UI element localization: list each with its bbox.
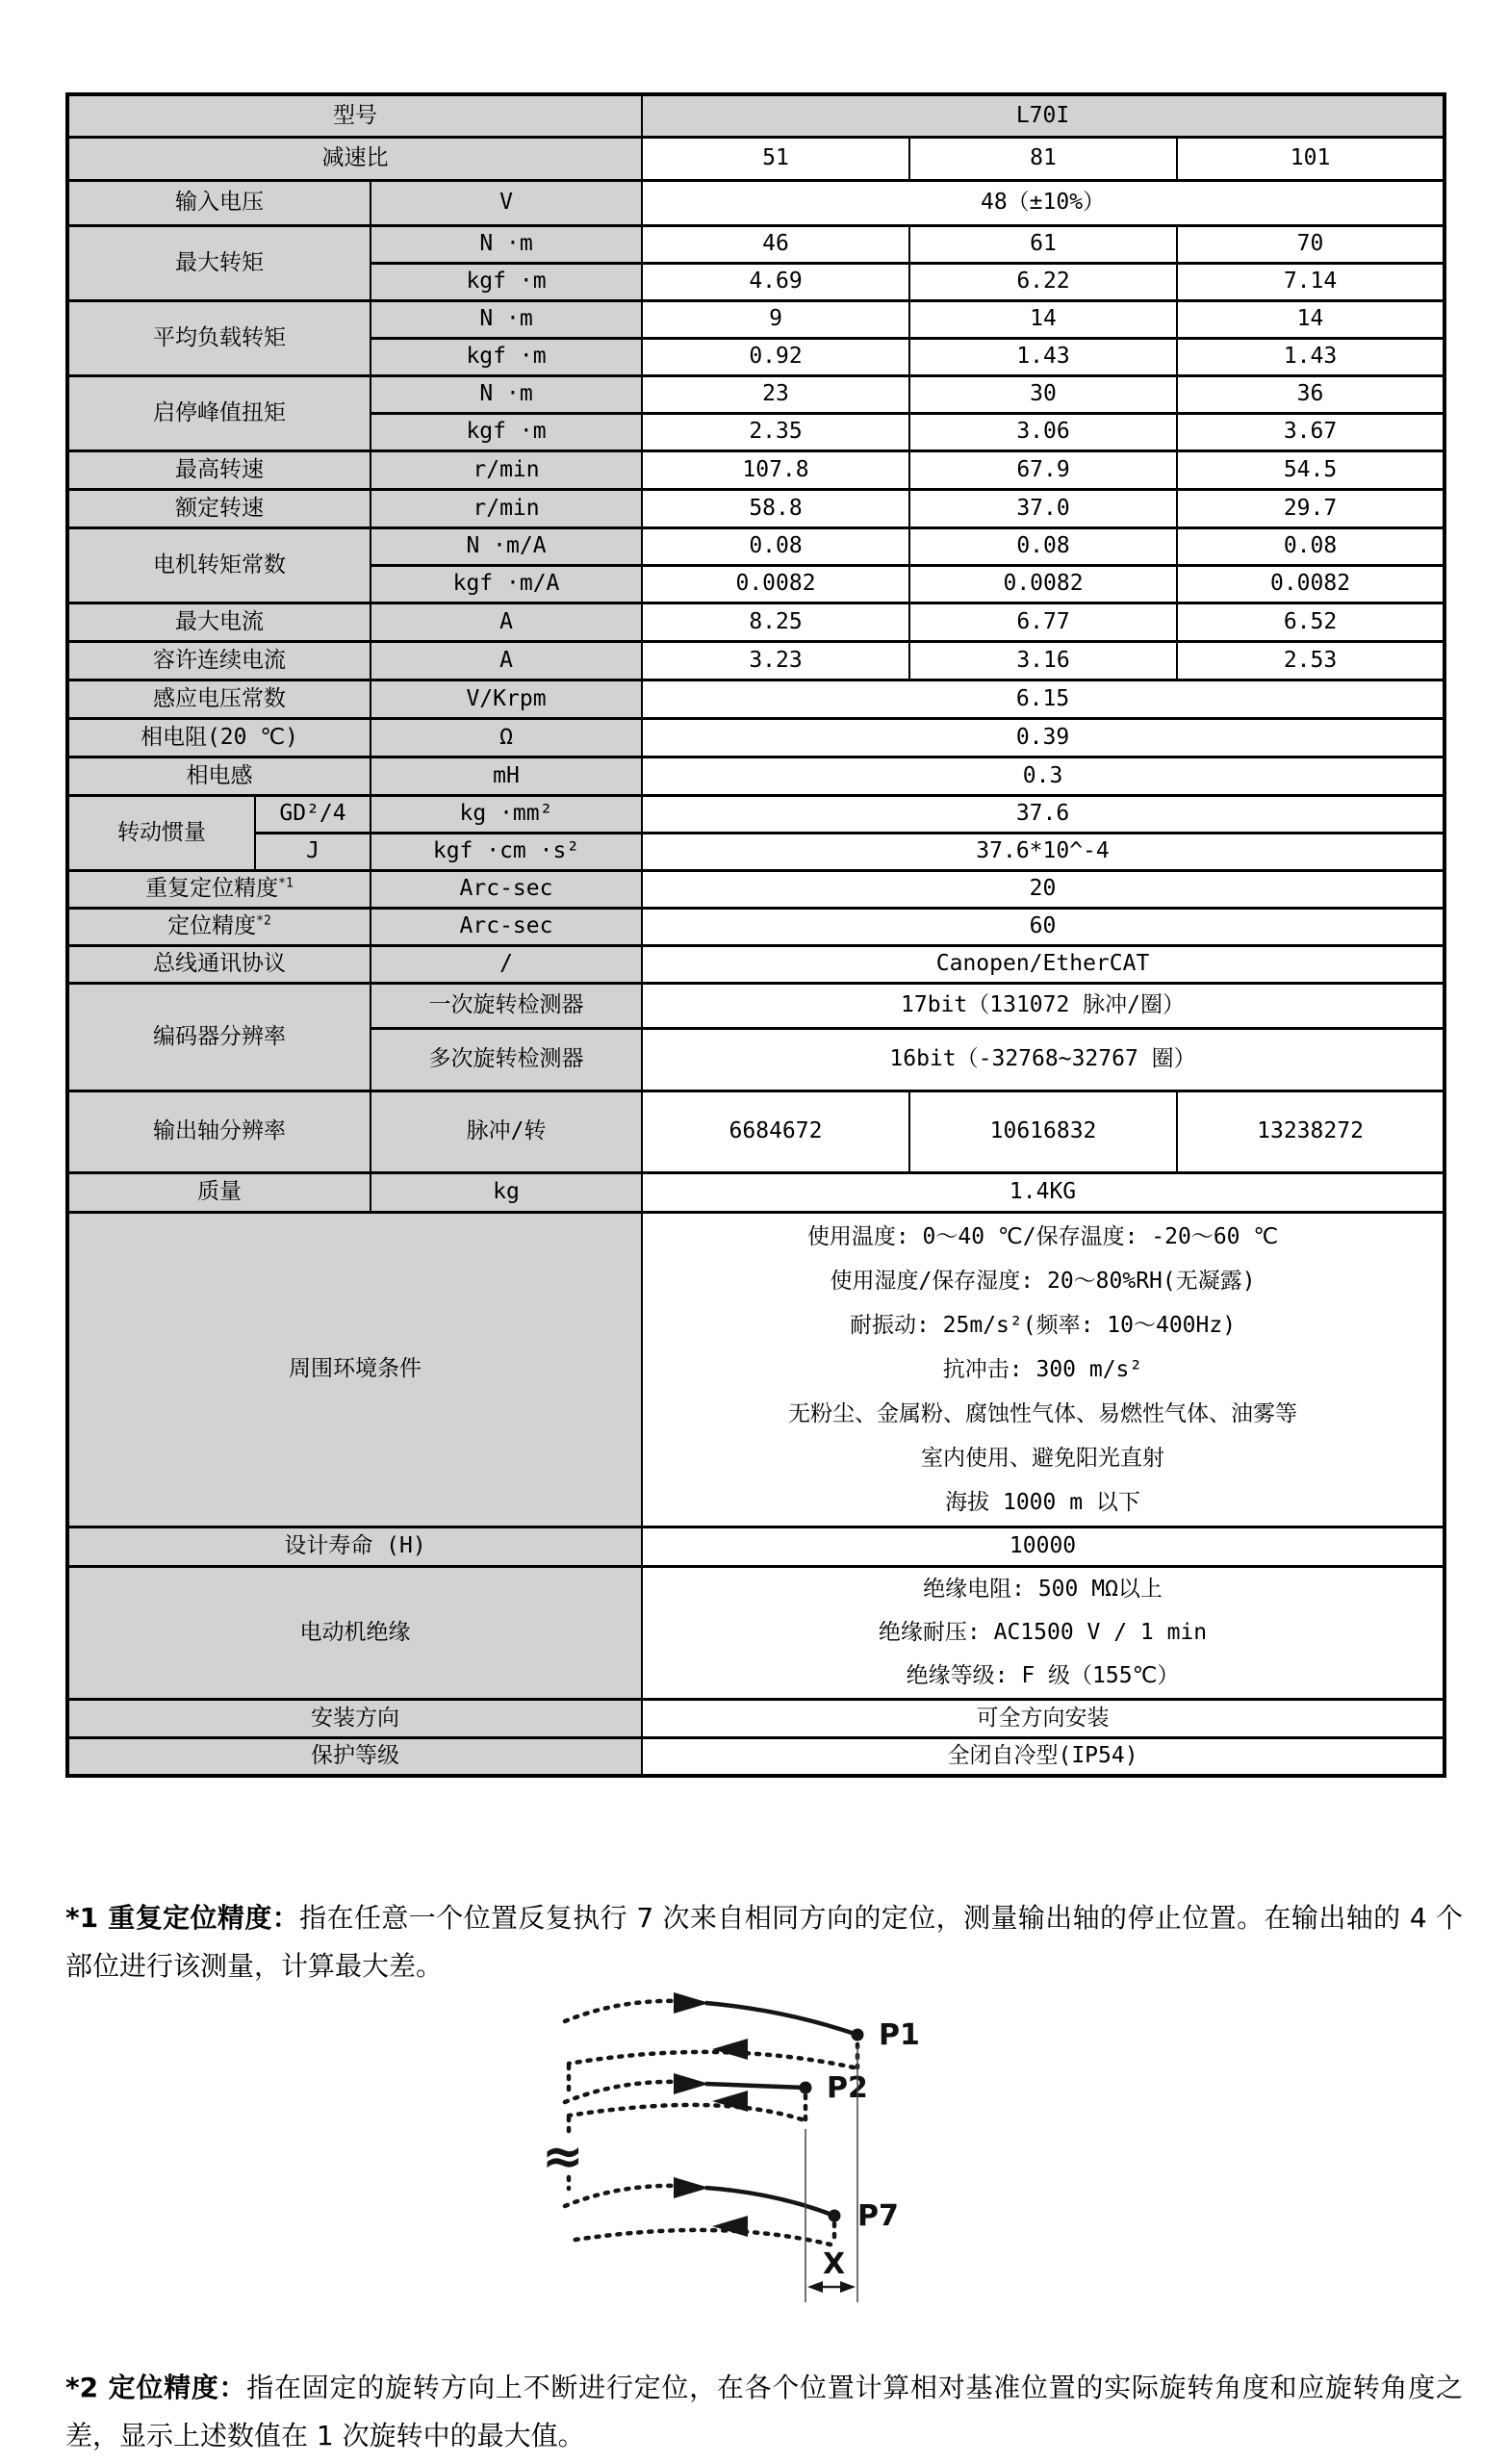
value-cell: 70 — [1177, 225, 1444, 263]
row-voltage-constant: 感应电压常数 V/Krpm 6.15 — [67, 680, 1444, 718]
value-cell: 17bit（131072 脉冲/圈） — [642, 983, 1444, 1028]
value-cell: 107.8 — [642, 450, 909, 489]
unit-cell: 一次旋转检测器 — [371, 983, 642, 1028]
value-cell: 0.08 — [1177, 527, 1444, 565]
row-bus-protocol: 总线通讯协议 / Canopen/EtherCAT — [67, 945, 1444, 983]
value-cell: 10616832 — [909, 1091, 1177, 1172]
footnote-marker: *1 — [278, 876, 294, 890]
row-label-cell: 平均负载转矩 — [67, 300, 371, 375]
return-arc — [569, 2230, 831, 2245]
value-cell: 6.52 — [1177, 603, 1444, 641]
row-continuous-current: 容许连续电流 A 3.23 3.16 2.53 — [67, 641, 1444, 680]
row-environment: 周围环境条件 使用温度: 0～40 ℃/保存温度: -20～60 ℃ 使用湿度/… — [67, 1212, 1444, 1527]
value-cell: 51 — [642, 137, 909, 180]
value-cell: 16bit（-32768~32767 圈） — [642, 1028, 1444, 1091]
row-design-life: 设计寿命 (H) 10000 — [67, 1527, 1444, 1566]
value-cell: 4.69 — [642, 263, 909, 300]
row-max-torque-nm: 最大转矩 N ·m 46 61 70 — [67, 225, 1444, 263]
environment-line: 使用温度: 0～40 ℃/保存温度: -20～60 ℃ — [643, 1215, 1443, 1259]
value-cell: 2.53 — [1177, 641, 1444, 680]
insulation-line: 绝缘耐压: AC1500 V / 1 min — [643, 1611, 1443, 1655]
row-label-cell: 总线通讯协议 — [67, 945, 371, 983]
unit-cell: r/min — [371, 450, 642, 489]
environment-line: 使用湿度/保存湿度: 20～80%RH(无凝露) — [643, 1259, 1443, 1303]
footnote-2: *2 定位精度：指在固定的旋转方向上不断进行定位，在各个位置计算相对基准位置的实… — [65, 2364, 1463, 2460]
row-label-cell: 容许连续电流 — [67, 641, 371, 680]
environment-line: 海拔 1000 m 以下 — [643, 1480, 1443, 1525]
row-label-cell: 转动惯量 — [67, 795, 255, 870]
row-repeat-accuracy: 重复定位精度*1 Arc-sec 20 — [67, 870, 1444, 908]
row-label-cell: 编码器分辨率 — [67, 983, 371, 1091]
spec-table: 型号 L70I 减速比 51 81 101 输入电压 V 48（±10%） 最大… — [65, 92, 1446, 1778]
value-cell: 60 — [642, 908, 1444, 945]
value-cell: 10000 — [642, 1527, 1444, 1566]
footnote-1-label: *1 重复定位精度： — [65, 1902, 299, 1934]
row-torque-constant-nm: 电机转矩常数 N ·m/A 0.08 0.08 0.08 — [67, 527, 1444, 565]
row-label-cell: 输入电压 — [67, 180, 371, 225]
value-cell: 14 — [909, 300, 1177, 338]
value-cell: 13238272 — [1177, 1091, 1444, 1172]
unit-cell: Arc-sec — [371, 870, 642, 908]
value-cell: 48（±10%） — [642, 180, 1444, 225]
value-cell: 0.08 — [642, 527, 909, 565]
row-label-cell: 质量 — [67, 1172, 371, 1212]
point-p2-label: P2 — [827, 2071, 868, 2105]
dim-arrow-right — [840, 2281, 856, 2293]
value-cell: 3.16 — [909, 641, 1177, 680]
unit-cell: kgf ·m — [371, 413, 642, 450]
value-cell: 0.0082 — [909, 565, 1177, 603]
value-cell: 6.77 — [909, 603, 1177, 641]
row-label-cell: 重复定位精度*1 — [67, 870, 371, 908]
value-cell: 1.4KG — [642, 1172, 1444, 1212]
unit-cell: / — [371, 945, 642, 983]
point-p1-dot — [852, 2029, 864, 2041]
row-label-cell: 最大电流 — [67, 603, 371, 641]
left-arrowhead — [712, 2039, 748, 2060]
value-cell: 14 — [1177, 300, 1444, 338]
return-arc — [569, 2052, 854, 2067]
row-motor-insulation: 电动机绝缘 绝缘电阻: 500 MΩ以上 绝缘耐压: AC1500 V / 1 … — [67, 1566, 1444, 1699]
value-cell: 36 — [1177, 375, 1444, 413]
row-max-speed: 最高转速 r/min 107.8 67.9 54.5 — [67, 450, 1444, 489]
row-label-cell: 感应电压常数 — [67, 680, 371, 718]
row-rated-speed: 额定转速 r/min 58.8 37.0 29.7 — [67, 489, 1444, 527]
value-cell: 37.6*10^-4 — [642, 833, 1444, 870]
repeatability-diagram: P1 P2 ≈ P7 X — [524, 1985, 967, 2355]
environment-conditions-cell: 使用温度: 0～40 ℃/保存温度: -20～60 ℃ 使用湿度/保存湿度: 2… — [642, 1212, 1444, 1527]
footnote-2-label: *2 定位精度： — [65, 2372, 246, 2403]
row-label-cell: 周围环境条件 — [67, 1212, 642, 1527]
environment-line: 耐振动: 25m/s²(频率: 10～400Hz) — [643, 1303, 1443, 1347]
row-label-cell: 相电感 — [67, 757, 371, 795]
row-input-voltage: 输入电压 V 48（±10%） — [67, 180, 1444, 225]
value-cell: 7.14 — [1177, 263, 1444, 300]
value-cell: 29.7 — [1177, 489, 1444, 527]
value-cell: 37.6 — [642, 795, 1444, 833]
unit-cell: N ·m — [371, 300, 642, 338]
row-label-cell: 型号 — [67, 94, 642, 137]
value-cell: 0.0082 — [642, 565, 909, 603]
right-arrowhead — [674, 2177, 709, 2198]
value-cell: 1.43 — [1177, 338, 1444, 375]
row-inertia-j: J kgf ·cm ·s² 37.6*10^-4 — [67, 833, 1444, 870]
unit-cell: V — [371, 180, 642, 225]
value-cell: 30 — [909, 375, 1177, 413]
row-label-cell: 相电阻(20 ℃) — [67, 718, 371, 757]
right-arrowhead — [674, 2073, 709, 2094]
insulation-line: 绝缘电阻: 500 MΩ以上 — [643, 1568, 1443, 1611]
row-ratio: 减速比 51 81 101 — [67, 137, 1444, 180]
unit-cell: V/Krpm — [371, 680, 642, 718]
value-cell: 0.92 — [642, 338, 909, 375]
value-cell: 0.08 — [909, 527, 1177, 565]
row-label-cell: 启停峰值扭矩 — [67, 375, 371, 450]
unit-cell: N ·m — [371, 225, 642, 263]
forward-arc-solid — [705, 2003, 857, 2035]
unit-cell: 脉冲/转 — [371, 1091, 642, 1172]
value-cell: 0.39 — [642, 718, 1444, 757]
value-cell: 23 — [642, 375, 909, 413]
unit-cell: kg ·mm² — [371, 795, 642, 833]
dim-arrow-left — [807, 2281, 823, 2293]
point-p7-label: P7 — [857, 2199, 899, 2233]
row-label-cell: 设计寿命 (H) — [67, 1527, 642, 1566]
row-encoder-single-turn: 编码器分辨率 一次旋转检测器 17bit（131072 脉冲/圈） — [67, 983, 1444, 1028]
environment-line: 抗冲击: 300 m/s² — [643, 1347, 1443, 1392]
footnote-2-text: 指在固定的旋转方向上不断进行定位，在各个位置计算相对基准位置的实际旋转角度和应旋… — [65, 2372, 1463, 2451]
value-cell: 0.3 — [642, 757, 1444, 795]
unit-cell: A — [371, 603, 642, 641]
insulation-cell: 绝缘电阻: 500 MΩ以上 绝缘耐压: AC1500 V / 1 min 绝缘… — [642, 1566, 1444, 1699]
right-arrowhead — [674, 1992, 709, 2014]
value-cell: 8.25 — [642, 603, 909, 641]
value-cell: Canopen/EtherCAT — [642, 945, 1444, 983]
row-label-cell: 最高转速 — [67, 450, 371, 489]
value-cell: 58.8 — [642, 489, 909, 527]
value-cell: 6684672 — [642, 1091, 909, 1172]
value-cell: 全闭自冷型(IP54) — [642, 1737, 1444, 1776]
row-label-cell: 电机转矩常数 — [67, 527, 371, 603]
row-inertia-gd: 转动惯量 GD²/4 kg ·mm² 37.6 — [67, 795, 1444, 833]
sub-label-cell: GD²/4 — [255, 795, 371, 833]
value-cell: 20 — [642, 870, 1444, 908]
row-max-current: 最大电流 A 8.25 6.77 6.52 — [67, 603, 1444, 641]
value-cell: 6.22 — [909, 263, 1177, 300]
unit-cell: N ·m/A — [371, 527, 642, 565]
row-label-cell: 输出轴分辨率 — [67, 1091, 371, 1172]
break-symbol: ≈ — [542, 2128, 584, 2186]
unit-cell: 多次旋转检测器 — [371, 1028, 642, 1091]
row-label-cell: 保护等级 — [67, 1737, 642, 1776]
value-cell: 54.5 — [1177, 450, 1444, 489]
value-cell: 67.9 — [909, 450, 1177, 489]
sub-label-cell: J — [255, 833, 371, 870]
left-arrowhead — [712, 2091, 748, 2112]
forward-arc-solid — [705, 2084, 805, 2088]
row-mass: 质量 kg 1.4KG — [67, 1172, 1444, 1212]
unit-cell: A — [371, 641, 642, 680]
value-cell: 81 — [909, 137, 1177, 180]
return-arc — [569, 2105, 802, 2119]
left-arrowhead — [712, 2216, 748, 2237]
unit-cell: Ω — [371, 718, 642, 757]
model-value-cell: L70I — [642, 94, 1444, 137]
point-p2-dot — [800, 2082, 812, 2094]
unit-cell: Arc-sec — [371, 908, 642, 945]
value-cell: 可全方向安装 — [642, 1699, 1444, 1737]
row-output-resolution: 输出轴分辨率 脉冲/转 6684672 10616832 13238272 — [67, 1091, 1444, 1172]
value-cell: 9 — [642, 300, 909, 338]
unit-cell: kgf ·m — [371, 338, 642, 375]
point-p7-dot — [829, 2210, 841, 2222]
row-label-cell: 电动机绝缘 — [67, 1566, 642, 1699]
footnote-1: *1 重复定位精度：指在任意一个位置反复执行 7 次来自相同方向的定位，测量输出… — [65, 1894, 1463, 1990]
point-p1-label: P1 — [879, 2018, 920, 2052]
insulation-line: 绝缘等级: F 级（155℃） — [643, 1655, 1443, 1698]
row-mounting: 安装方向 可全方向安装 — [67, 1699, 1444, 1737]
value-cell: 3.06 — [909, 413, 1177, 450]
footnote-marker: *2 — [256, 913, 271, 928]
value-cell: 6.15 — [642, 680, 1444, 718]
unit-cell: kg — [371, 1172, 642, 1212]
value-cell: 46 — [642, 225, 909, 263]
unit-cell: kgf ·cm ·s² — [371, 833, 642, 870]
row-positioning-accuracy: 定位精度*2 Arc-sec 60 — [67, 908, 1444, 945]
row-avg-load-torque-nm: 平均负载转矩 N ·m 9 14 14 — [67, 300, 1444, 338]
row-phase-resistance: 相电阻(20 ℃) Ω 0.39 — [67, 718, 1444, 757]
forward-arc-solid — [705, 2188, 834, 2216]
unit-cell: mH — [371, 757, 642, 795]
value-cell: 37.0 — [909, 489, 1177, 527]
unit-cell: kgf ·m — [371, 263, 642, 300]
row-label-cell: 安装方向 — [67, 1699, 642, 1737]
environment-line: 无粉尘、金属粉、腐蚀性气体、易燃性气体、油雾等 — [643, 1392, 1443, 1436]
x-dimension-label: X — [823, 2247, 845, 2281]
row-label-cell: 定位精度*2 — [67, 908, 371, 945]
value-cell: 61 — [909, 225, 1177, 263]
row-label: 重复定位精度 — [145, 876, 278, 901]
value-cell: 0.0082 — [1177, 565, 1444, 603]
unit-cell: kgf ·m/A — [371, 565, 642, 603]
row-phase-inductance: 相电感 mH 0.3 — [67, 757, 1444, 795]
value-cell: 2.35 — [642, 413, 909, 450]
row-model: 型号 L70I — [67, 94, 1444, 137]
value-cell: 3.23 — [642, 641, 909, 680]
unit-cell: r/min — [371, 489, 642, 527]
environment-line: 室内使用、避免阳光直射 — [643, 1436, 1443, 1480]
value-cell: 3.67 — [1177, 413, 1444, 450]
row-label-cell: 额定转速 — [67, 489, 371, 527]
value-cell: 1.43 — [909, 338, 1177, 375]
row-peak-torque-nm: 启停峰值扭矩 N ·m 23 30 36 — [67, 375, 1444, 413]
row-label-cell: 最大转矩 — [67, 225, 371, 300]
value-cell: 101 — [1177, 137, 1444, 180]
row-protection: 保护等级 全闭自冷型(IP54) — [67, 1737, 1444, 1776]
row-label-cell: 减速比 — [67, 137, 642, 180]
row-label: 定位精度 — [167, 913, 256, 938]
unit-cell: N ·m — [371, 375, 642, 413]
